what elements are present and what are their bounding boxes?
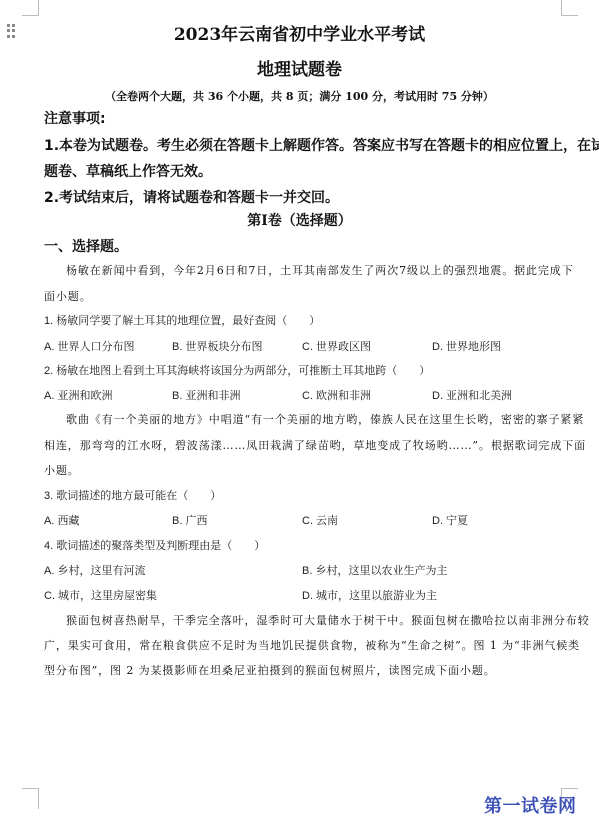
question-option: A. 世界人口分布图 bbox=[44, 338, 134, 354]
document-title: 2023年云南省初中学业水平考试 bbox=[0, 20, 599, 45]
page-corner-mark-top-right bbox=[561, 0, 578, 16]
passage-line: 歌曲《有一个美丽的地方》中唱道“有一个美丽的地方哟，傣族人民在这里生长哟，密密的… bbox=[66, 411, 584, 427]
site-watermark: 第一试卷网 bbox=[484, 792, 577, 818]
question-option: A. 乡村，这里有河流 bbox=[44, 562, 145, 578]
notice-item: 题卷、草稿纸上作答无效。 bbox=[44, 161, 212, 181]
passage-line: 猴面包树喜热耐旱，干季完全落叶，湿季时可大量储水于树干中。猴面包树在撒哈拉以南非… bbox=[66, 612, 590, 628]
notice-heading: 注意事项: bbox=[44, 108, 106, 128]
passage-line: 广，果实可食用，常在粮食供应不足时为当地饥民提供食物，被称为“生命之树”。图 1… bbox=[44, 637, 580, 653]
question-option: C. 世界政区图 bbox=[302, 338, 371, 354]
question-option: D. 城市，这里以旅游业为主 bbox=[302, 587, 437, 603]
question-option: D. 世界地形图 bbox=[432, 338, 501, 354]
document-subtitle: 地理试题卷 bbox=[0, 55, 599, 80]
question-option: C. 欧洲和非洲 bbox=[302, 387, 371, 403]
passage-line: 型分布图”，图 2 为某摄影师在坦桑尼亚拍摄到的猴面包树照片，读图完成下面小题。 bbox=[44, 662, 496, 678]
question-option: D. 亚洲和北美洲 bbox=[432, 387, 512, 403]
notice-item: 1.本卷为试题卷。考生必须在答题卡上解题作答。答案应书写在答题卡的相应位置上，在… bbox=[44, 135, 599, 155]
passage-line: 杨敏在新闻中看到，今年2月6日和7日，土耳其南部发生了两次7级以上的强烈地震。据… bbox=[66, 262, 574, 278]
question-option: C. 城市，这里房屋密集 bbox=[44, 587, 157, 603]
page-corner-mark-bottom-left bbox=[22, 788, 39, 809]
question-option: B. 乡村，这里以农业生产为主 bbox=[302, 562, 447, 578]
question-option: C. 云南 bbox=[302, 512, 338, 528]
section-title: 一、选择题。 bbox=[44, 236, 128, 256]
question-option: B. 广西 bbox=[172, 512, 207, 528]
question-option: D. 宁夏 bbox=[432, 512, 468, 528]
question-option: A. 亚洲和欧洲 bbox=[44, 387, 112, 403]
question-stem: 1. 杨敏同学要了解土耳其的地理位置，最好查阅（ ） bbox=[44, 312, 320, 328]
exam-info: （全卷两个大题，共 36 个小题，共 8 页；满分 100 分，考试用时 75 … bbox=[0, 88, 599, 104]
passage-line: 小题。 bbox=[44, 462, 80, 478]
question-stem: 3. 歌词描述的地方最可能在（ ） bbox=[44, 487, 221, 503]
part-title: 第Ⅰ卷（选择题） bbox=[0, 210, 599, 230]
passage-line: 面小题。 bbox=[44, 288, 92, 304]
question-option: B. 亚洲和非洲 bbox=[172, 387, 240, 403]
notice-item: 2.考试结束后，请将试题卷和答题卡一并交回。 bbox=[44, 187, 339, 207]
page-corner-mark-top-left bbox=[22, 0, 39, 16]
question-stem: 4. 歌词描述的聚落类型及判断理由是（ ） bbox=[44, 537, 265, 553]
question-stem: 2. 杨敏在地图上看到土耳其海峡将该国分为两部分，可推断土耳其地跨（ ） bbox=[44, 362, 430, 378]
question-option: B. 世界板块分布图 bbox=[172, 338, 262, 354]
passage-line: 相连，那弯弯的江水呀，碧波荡漾……凤田栽满了绿苗哟，草地变成了牧场哟……”。根据… bbox=[44, 437, 586, 453]
question-option: A. 西藏 bbox=[44, 512, 79, 528]
